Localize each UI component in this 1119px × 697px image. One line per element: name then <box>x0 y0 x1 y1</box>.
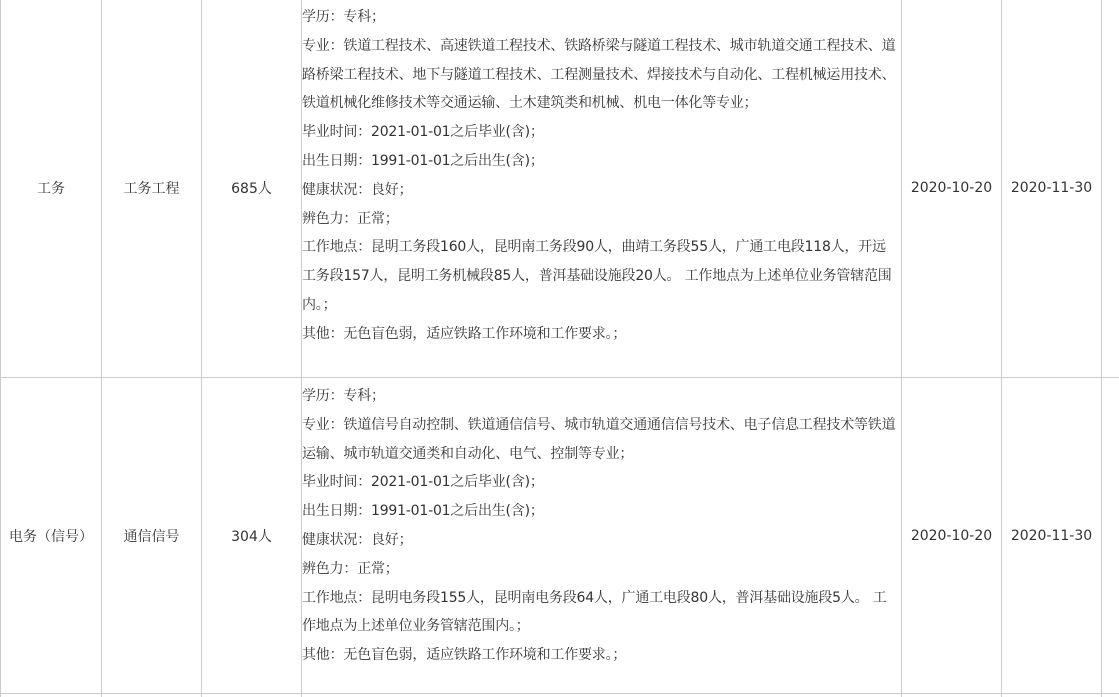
position-cell: 通信信号 <box>102 378 202 694</box>
category-cell: 工务 <box>1 0 102 378</box>
requirements-cell: 学历：专科； 专业：铁道信号自动控制、铁道通信信号、城市轨道交通通信信号技术、电… <box>302 378 902 694</box>
end-date-text: 2020-11-30 <box>1011 180 1092 196</box>
extra-cell <box>1102 0 1119 378</box>
table-row: 工务 工务工程 685人 学历：专科； 专业：铁道工程技术、高速铁道工程技术、铁… <box>1 0 1119 378</box>
end-date-text: 2020-11-30 <box>1011 528 1092 544</box>
requirement-birthdate: 出生日期：1991-01-01之后出生(含)； <box>302 497 897 526</box>
start-date-cell: 2020-10-20 <box>902 0 1002 378</box>
requirement-graduation: 毕业时间：2021-01-01之后毕业(含)； <box>302 118 897 147</box>
requirements-list: 学历：专科； 专业：铁道工程技术、高速铁道工程技术、铁路桥梁与隧道工程技术、城市… <box>302 0 897 349</box>
requirement-health: 健康状况：良好； <box>302 526 897 555</box>
requirement-major: 专业：铁道信号自动控制、铁道通信信号、城市轨道交通通信信号技术、电子信息工程技术… <box>302 411 897 469</box>
recruitment-table: 工务 工务工程 685人 学历：专科； 专业：铁道工程技术、高速铁道工程技术、铁… <box>0 0 1119 697</box>
empty-cell <box>302 694 902 697</box>
end-date-cell: 2020-11-30 <box>1002 378 1102 694</box>
requirement-other: 其他：无色盲色弱，适应铁路工作环境和工作要求。； <box>302 641 897 670</box>
position-cell: 工务工程 <box>102 0 202 378</box>
headcount-text: 685人 <box>231 178 272 198</box>
headcount-text: 304人 <box>231 526 272 546</box>
empty-cell <box>1 694 102 697</box>
requirement-location: 工作地点：昆明工务段160人，昆明南工务段90人，曲靖工务段55人，广通工电段1… <box>302 233 897 319</box>
requirement-education: 学历：专科； <box>302 3 897 32</box>
end-date-cell: 2020-11-30 <box>1002 0 1102 378</box>
position-text: 通信信号 <box>124 526 180 546</box>
requirement-graduation: 毕业时间：2021-01-01之后毕业(含)； <box>302 468 897 497</box>
requirement-education: 学历：专科； <box>302 382 897 411</box>
category-text: 工务 <box>37 178 65 198</box>
table-row-partial <box>1 694 1119 697</box>
start-date-text: 2020-10-20 <box>911 528 992 544</box>
extra-cell <box>1102 378 1119 694</box>
empty-cell <box>902 694 1002 697</box>
category-cell: 电务（信号） <box>1 378 102 694</box>
requirement-major: 专业：铁道工程技术、高速铁道工程技术、铁路桥梁与隧道工程技术、城市轨道交通工程技… <box>302 32 897 118</box>
requirement-color-vision: 辨色力：正常； <box>302 555 897 584</box>
empty-cell <box>202 694 302 697</box>
table-row: 电务（信号） 通信信号 304人 学历：专科； 专业：铁道信号自动控制、铁道通信… <box>1 378 1119 694</box>
requirement-color-vision: 辨色力：正常； <box>302 205 897 234</box>
requirement-health: 健康状况：良好； <box>302 176 897 205</box>
requirement-location: 工作地点：昆明电务段155人，昆明南电务段64人，广通工电段80人，普洱基础设施… <box>302 584 897 642</box>
start-date-cell: 2020-10-20 <box>902 378 1002 694</box>
empty-cell <box>1002 694 1102 697</box>
headcount-cell: 685人 <box>202 0 302 378</box>
requirements-list: 学历：专科； 专业：铁道信号自动控制、铁道通信信号、城市轨道交通通信信号技术、电… <box>302 378 897 670</box>
position-text: 工务工程 <box>124 178 180 198</box>
requirements-cell: 学历：专科； 专业：铁道工程技术、高速铁道工程技术、铁路桥梁与隧道工程技术、城市… <box>302 0 902 378</box>
requirement-other: 其他：无色盲色弱，适应铁路工作环境和工作要求。； <box>302 320 897 349</box>
empty-cell <box>1102 694 1119 697</box>
empty-cell <box>102 694 202 697</box>
headcount-cell: 304人 <box>202 378 302 694</box>
category-text: 电务（信号） <box>9 526 93 546</box>
start-date-text: 2020-10-20 <box>911 180 992 196</box>
requirement-birthdate: 出生日期：1991-01-01之后出生(含)； <box>302 147 897 176</box>
